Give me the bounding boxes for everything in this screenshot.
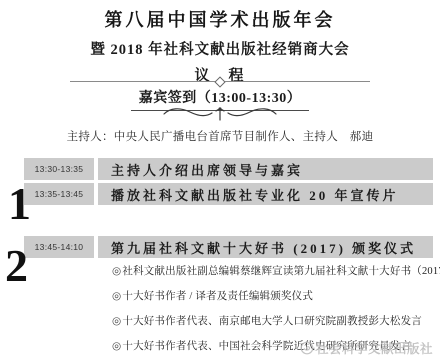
host-line: 主持人：中央人民广播电台首席节目制作人、主持人 郝迪 <box>0 128 440 144</box>
schedule-row: 13:30-13:35 主持人介绍出席领导与嘉宾 <box>24 158 433 180</box>
section-number-2: 2 <box>5 248 28 285</box>
header-divider <box>70 81 370 82</box>
schedule-row: 13:35-13:45 播放社科文献出版社专业化 20 年宣传片 <box>24 183 433 205</box>
event-title: 主持人介绍出席领导与嘉宾 <box>98 158 433 180</box>
bullet-item: ◎十大好书作者 / 译者及责任编辑颁奖仪式 <box>112 291 313 303</box>
agenda-document: 第八届中国学术出版年会 暨 2018 年社科文献出版社经销商大会 议 程 嘉宾签… <box>0 0 440 361</box>
section-number-1: 1 <box>8 186 31 223</box>
bullet-item: ◎十大好书作者代表、南京邮电大学人口研究院副教授彭大松发言 <box>112 316 422 328</box>
bullet-marker: ◎ <box>112 316 121 327</box>
bullet-text: 十大好书作者 / 译者及责任编辑颁奖仪式 <box>122 291 313 302</box>
weibo-watermark: 社会科学文献出版社 <box>300 339 433 357</box>
flourish-ornament <box>160 105 280 123</box>
watermark-text: 社会科学文献出版社 <box>316 339 433 357</box>
time-cell: 13:30-13:35 <box>24 158 94 180</box>
bullet-item: ◎社科文献出版社副总编辑蔡继辉宣读第九届社科文献十大好书（2017）名单 <box>112 266 440 278</box>
bullet-text: 十大好书作者代表、南京邮电大学人口研究院副教授彭大松发言 <box>122 316 422 327</box>
event-title: 播放社科文献出版社专业化 20 年宣传片 <box>98 183 433 205</box>
schedule-row: 13:45-14:10 第九届社科文献十大好书 (2017) 颁奖仪式 <box>24 236 433 258</box>
event-title: 第九届社科文献十大好书 (2017) 颁奖仪式 <box>98 236 433 258</box>
conference-title: 第八届中国学术出版年会 <box>0 6 440 32</box>
time-cell: 13:45-14:10 <box>24 236 94 258</box>
bullet-marker: ◎ <box>112 291 121 302</box>
bullet-text: 社科文献出版社副总编辑蔡继辉宣读第九届社科文献十大好书（2017）名单 <box>122 266 440 277</box>
weibo-icon <box>300 341 314 355</box>
conference-subtitle: 暨 2018 年社科文献出版社经销商大会 <box>0 38 440 59</box>
time-cell: 13:35-13:45 <box>24 183 94 205</box>
bullet-marker: ◎ <box>112 341 121 352</box>
document-header: 第八届中国学术出版年会 暨 2018 年社科文献出版社经销商大会 议 程 <box>0 6 440 85</box>
bullet-marker: ◎ <box>112 266 121 277</box>
